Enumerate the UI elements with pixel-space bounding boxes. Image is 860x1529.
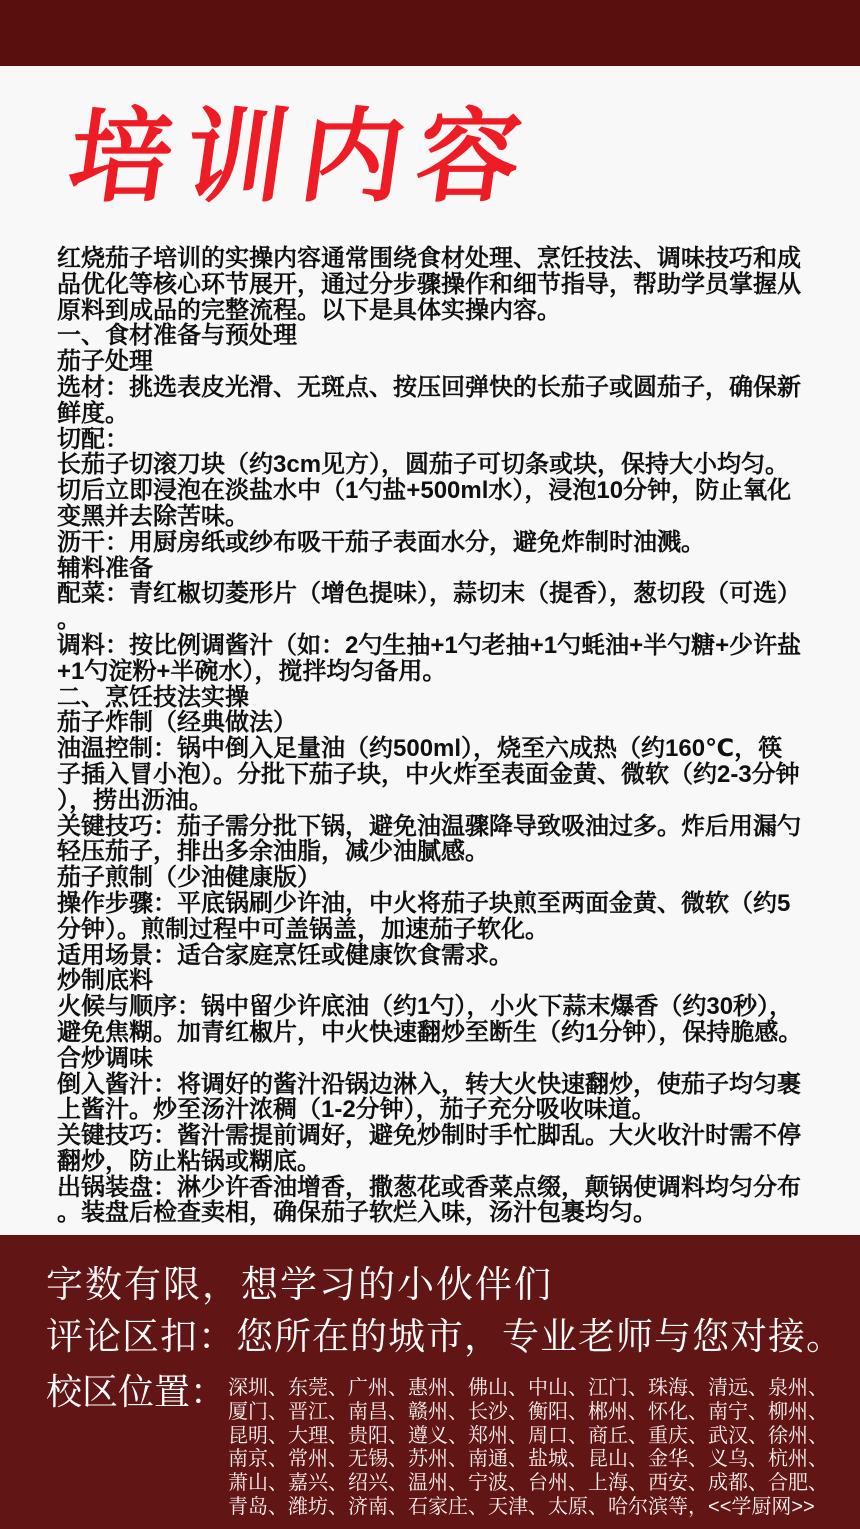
training-content-body: 红烧茄子培训的实操内容通常围绕食材处理、烹饪技法、调味技巧和成品优化等核心环节展… [57,246,805,1226]
training-poster: 培训内容 红烧茄子培训的实操内容通常围绕食材处理、烹饪技法、调味技巧和成品优化等… [0,0,860,1529]
campus-city-list: 深圳、东莞、广州、惠州、佛山、中山、江门、珠海、清远、泉州、厦门、晋江、南昌、赣… [228,1377,840,1519]
section-heading: 一、食材准备与预处理 [57,323,805,349]
sub-heading: 切配： [57,427,805,453]
body-paragraph: 配菜：青红椒切菱形片（增色提味），蒜切末（提香），葱切段（可选）。 [57,581,805,633]
body-paragraph: 切后立即浸泡在淡盐水中（1勺盐+500ml水），浸泡10分钟，防止氧化变黑并去除… [57,478,805,530]
body-paragraph: 沥干：用厨房纸或纱布吸干茄子表面水分，避免炸制时油溅。 [57,530,805,556]
body-paragraph: 火候与顺序：锅中留少许底油（约1勺），小火下蒜末爆香（约30秒），避免焦糊。加青… [57,994,805,1046]
body-paragraph: 关键技巧：茄子需分批下锅，避免油温骤降导致吸油过多。炸后用漏勺轻压茄子，排出多余… [57,814,805,866]
section-heading: 二、烹饪技法实操 [57,685,805,711]
campus-location-row: 校区位置： 深圳、东莞、广州、惠州、佛山、中山、江门、珠海、清远、泉州、厦门、晋… [46,1369,860,1519]
page-title: 培训内容 [62,102,541,212]
body-paragraph: 倒入酱汁：将调好的酱汁沿锅边淋入，转大火快速翻炒，使茄子均匀裹上酱汁。炒至汤汁浓… [57,1072,805,1124]
body-paragraph: 操作步骤：平底锅刷少许油，中火将茄子块煎至两面金黄、微软（约5分钟）。煎制过程中… [57,891,805,943]
body-paragraph: 长茄子切滚刀块（约3cm见方），圆茄子可切条或块，保持大小均匀。 [57,452,805,478]
sub-heading: 炒制底料 [57,968,805,994]
sub-heading: 茄子煎制（少油健康版） [57,865,805,891]
sub-heading: 辅料准备 [57,556,805,582]
sub-heading: 合炒调味 [57,1046,805,1072]
body-paragraph: 油温控制：锅中倒入足量油（约500ml），烧至六成热（约160℃，筷子插入冒小泡… [57,736,805,813]
intro-paragraph: 红烧茄子培训的实操内容通常围绕食材处理、烹饪技法、调味技巧和成品优化等核心环节展… [57,246,805,323]
body-paragraph: 选材：挑选表皮光滑、无斑点、按压回弹快的长茄子或圆茄子，确保新鲜度。 [57,375,805,427]
body-paragraph: 调料：按比例调酱汁（如：2勺生抽+1勺老抽+1勺蚝油+半勺糖+少许盐+1勺淀粉+… [57,633,805,685]
sub-heading: 茄子处理 [57,349,805,375]
sub-heading: 茄子炸制（经典做法） [57,710,805,736]
top-banner-bar [0,0,860,66]
body-paragraph: 出锅装盘：淋少许香油增香，撒葱花或香菜点缀，颠锅使调料均匀分布。装盘后检查卖相，… [57,1175,805,1227]
body-paragraph: 关键技巧：酱汁需提前调好，避免炒制时手忙脚乱。大火收汁时需不停翻炒，防止粘锅或糊… [57,1123,805,1175]
footer-banner: 字数有限，想学习的小伙伴们 评论区扣：您所在的城市，专业老师与您对接。 校区位置… [0,1235,860,1529]
footer-comment-instruction: 评论区扣：您所在的城市，专业老师与您对接。 [46,1313,860,1361]
campus-location-label: 校区位置： [46,1369,226,1416]
body-paragraph: 适用场景：适合家庭烹饪或健康饮食需求。 [57,943,805,969]
footer-headline: 字数有限，想学习的小伙伴们 [46,1261,860,1309]
